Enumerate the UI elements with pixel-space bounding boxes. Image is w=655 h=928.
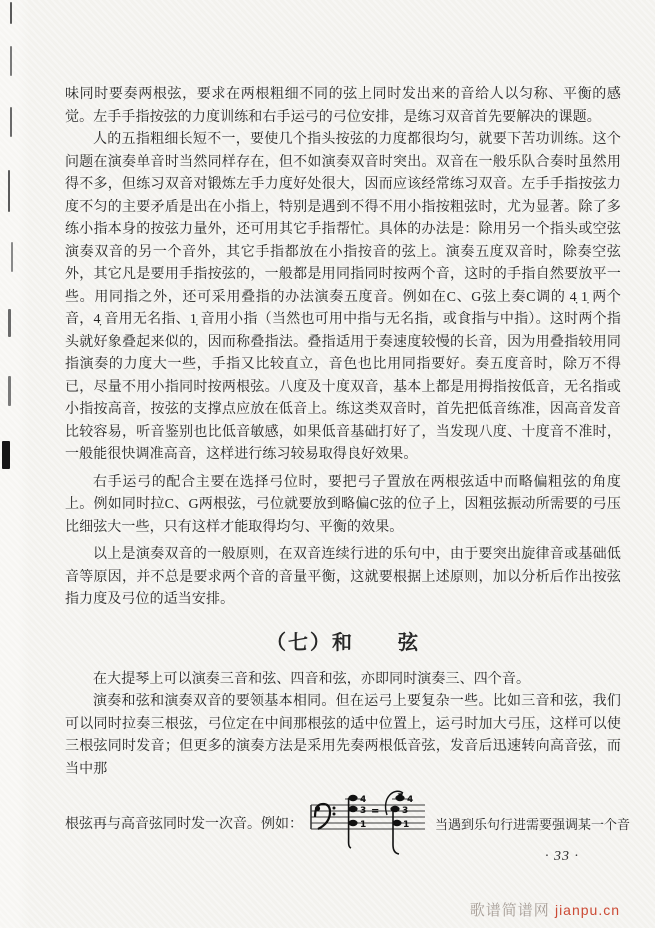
- music-example-row: 根弦再与高音弦同时发一次音。例如：: [65, 784, 621, 862]
- equals-sign: =: [371, 806, 379, 817]
- scanned-book-page: 味同时要奏两根弦，要求在两根粗细不同的弦上同时发出来的音给人以匀称、平衡的感觉。…: [0, 0, 655, 928]
- music-notation-staff: 4 3 1 = 4 3: [307, 785, 427, 861]
- fingering-number: 4: [360, 795, 366, 805]
- fingering-number: 1: [360, 820, 366, 830]
- watermark: 歌谱简谱网 jianpu.cn: [470, 899, 620, 920]
- watermark-site-url: jianpu.cn: [555, 902, 620, 918]
- fingering-number: 3: [402, 806, 408, 816]
- chord-1: 4 3 1: [345, 795, 366, 848]
- scan-artifact-mark: [8, 170, 10, 212]
- watermark-site-name: 歌谱简谱网: [470, 902, 550, 919]
- paragraph: 以上是演奏双音的一般原则，在双音连续行进的乐句中，由于要突出旋律音或基础低音等原…: [65, 544, 621, 612]
- scan-artifact-mark: [8, 376, 11, 406]
- paragraph: 味同时要奏两根弦，要求在两根粗细不同的弦上同时发出来的音给人以匀称、平衡的感觉。…: [65, 84, 621, 129]
- fingering-number: 4: [407, 795, 413, 805]
- example-lead-text: 根弦再与高音弦同时发一次音。例如：: [65, 813, 303, 833]
- scan-artifact-mark: [2, 441, 10, 469]
- scan-artifact-mark: [8, 309, 11, 337]
- paragraph: 演奏和弦和演奏双音的要领基本相同。但在运弓上要复杂一些。比如三音和弦，我们可以同…: [65, 691, 621, 781]
- paragraph: 右手运弓的配合主要在选择弓位时，要把弓子置放在两根弦适中而略偏粗弦的角度上。例如…: [65, 472, 621, 540]
- scan-artifact-mark: [10, 2, 12, 24]
- scan-artifact-mark: [10, 107, 12, 137]
- section-title: （七）和 弦: [65, 626, 621, 655]
- example-tail-text: 当遇到乐句行进需要强调某一个音: [435, 814, 630, 833]
- fingering-number: 1: [403, 820, 409, 830]
- scan-artifact-mark: [10, 46, 12, 76]
- scan-artifact-mark: [11, 242, 13, 272]
- bass-clef-chord-example: 4 3 1 = 4 3: [307, 785, 427, 861]
- page-number: · 33 ·: [545, 849, 579, 865]
- page-body-text: 味同时要奏两根弦，要求在两根粗细不同的弦上同时发出来的音给人以匀称、平衡的感觉。…: [65, 84, 621, 862]
- paragraph: 在大提琴上可以演奏三音和弦、四音和弦，亦即同时演奏三、四个音。: [65, 669, 621, 692]
- paragraph: 人的五指粗细长短不一，要使几个指头按弦的力度都很均匀，就要下苦功训练。这个问题在…: [65, 129, 621, 467]
- fingering-number: 3: [360, 806, 366, 816]
